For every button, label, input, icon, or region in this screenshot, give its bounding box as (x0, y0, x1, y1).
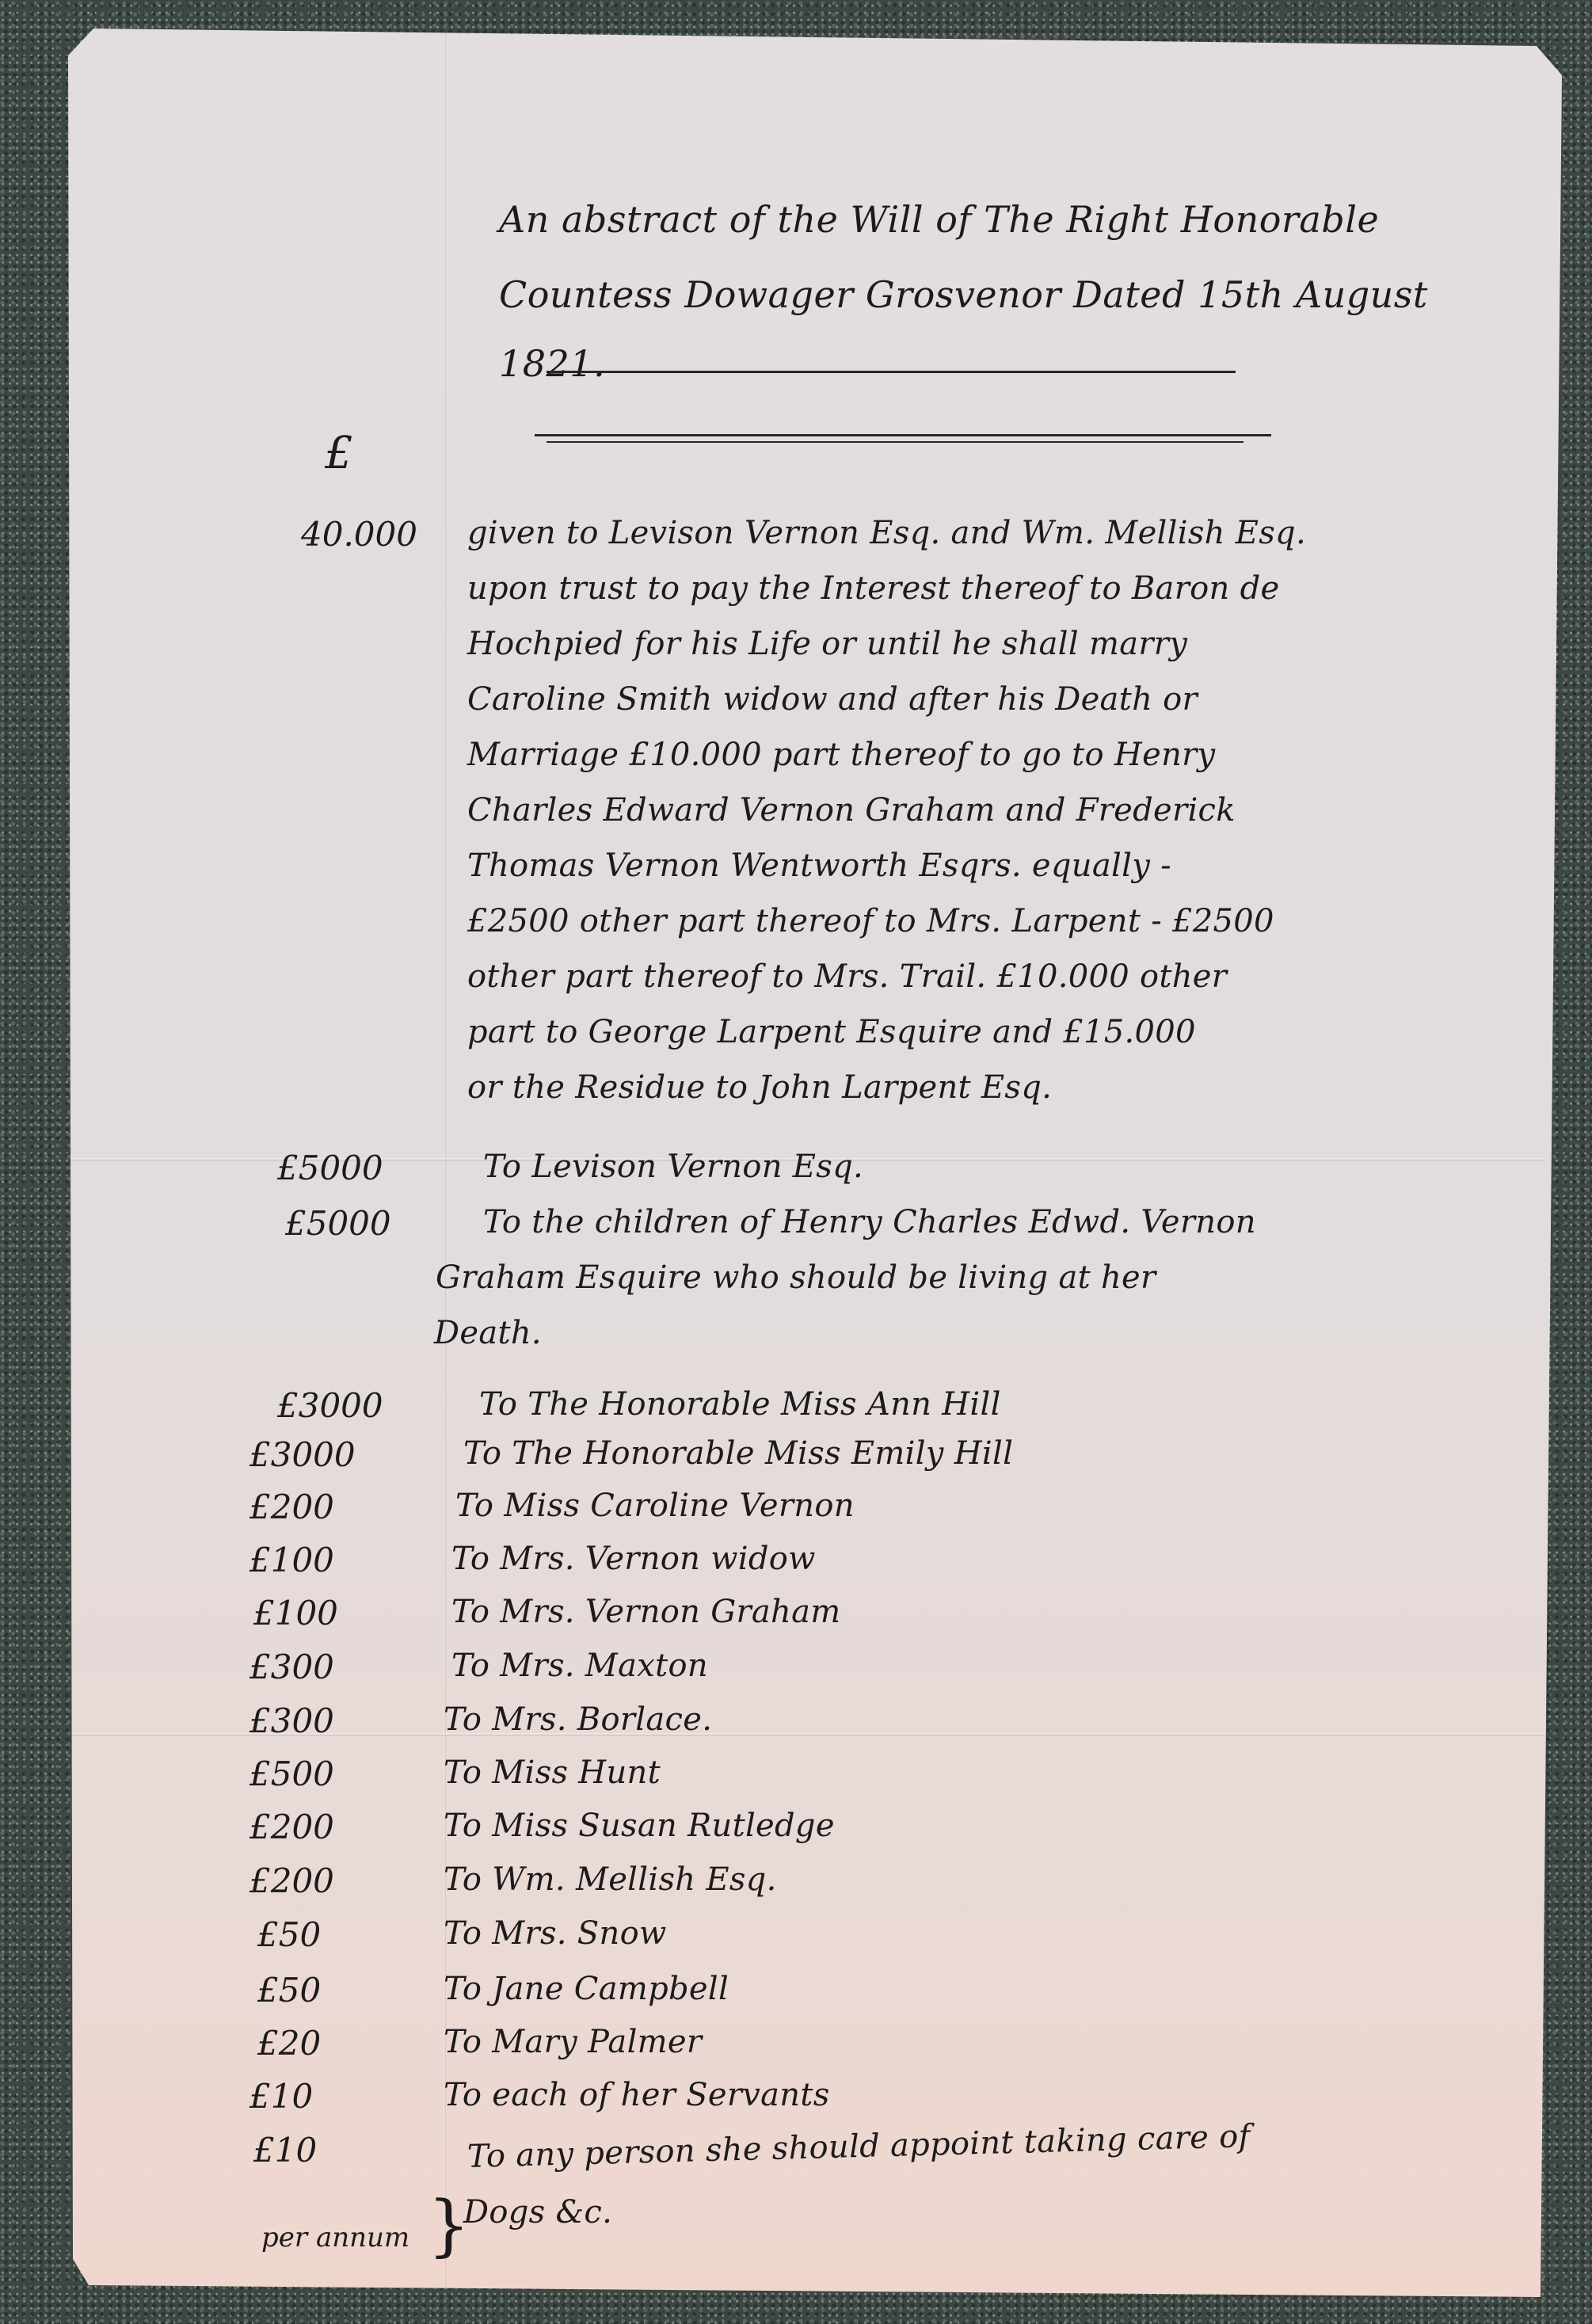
first-bequest-line: Hochpied for his Life or until he shall … (467, 626, 1187, 662)
first-bequest-line: Charles Edward Vernon Graham and Frederi… (467, 792, 1236, 829)
title-line-1: An abstract of the Will of The Right Hon… (499, 198, 1379, 241)
bequest-amount: £200 (249, 1488, 334, 1526)
first-bequest-line: Thomas Vernon Wentworth Esqrs. equally - (467, 848, 1171, 884)
bequest-amount: £100 (249, 1541, 334, 1579)
bequest-amount: £200 (249, 1808, 334, 1846)
bequest-text: To Mary Palmer (444, 2024, 702, 2060)
bequest-text: To each of her Servants (444, 2077, 830, 2113)
bequest-text: To Miss Hunt (444, 1754, 661, 1791)
bequest-amount: £5000 (277, 1149, 383, 1187)
bequest-text: To The Honorable Miss Ann Hill (479, 1386, 1001, 1423)
bequest-text: To any person she should appoint taking … (467, 2118, 1251, 2175)
bequest-text: To Mrs. Maxton (451, 1648, 708, 1684)
bequest-text: To The Honorable Miss Emily Hill (463, 1435, 1013, 1472)
title-line-3: 1821. (499, 342, 605, 385)
bequest-text: Graham Esquire who should be living at h… (436, 1259, 1156, 1296)
bequest-text: To the children of Henry Charles Edwd. V… (483, 1204, 1256, 1240)
first-bequest-line: Marriage £10.000 part thereof to go to H… (467, 737, 1215, 773)
title-underline (547, 371, 1236, 373)
bequest-amount: £100 (253, 1594, 338, 1633)
amount-first: 40.000 (301, 515, 417, 554)
fold-crease-vertical (444, 32, 446, 2292)
bequest-amount: £3000 (249, 1435, 356, 1474)
per-annum-note: per annum (261, 2222, 409, 2254)
document-paper: An abstract of the Will of The Right Hon… (0, 0, 1592, 2324)
bequest-text: To Wm. Mellish Esq. (444, 1861, 777, 1898)
first-bequest-line: other part thereof to Mrs. Trail. £10.00… (467, 958, 1227, 995)
first-bequest-line: given to Levison Vernon Esq. and Wm. Mel… (467, 515, 1306, 551)
first-bequest-line: or the Residue to John Larpent Esq. (467, 1069, 1052, 1106)
first-bequest-line: Caroline Smith widow and after his Death… (467, 681, 1198, 718)
first-bequest-line: upon trust to pay the Interest thereof t… (467, 570, 1279, 607)
bequest-amount: £300 (249, 1701, 334, 1740)
currency-column-header: £ (325, 428, 353, 479)
bequest-amount: £200 (249, 1861, 334, 1900)
bequest-amount: £50 (257, 1915, 321, 1954)
bequest-text: To Miss Susan Rutledge (444, 1808, 835, 1844)
bequest-amount: £5000 (285, 1204, 391, 1243)
first-bequest-line: part to George Larpent Esquire and £15.0… (467, 1014, 1196, 1050)
bequest-text: To Mrs. Vernon Graham (451, 1594, 841, 1630)
bequest-amount: £3000 (277, 1386, 383, 1425)
bequest-amount: £10 (253, 2131, 317, 2170)
bequest-text: Death. (434, 1315, 542, 1351)
bequest-text: To Mrs. Vernon widow (451, 1541, 816, 1577)
bequest-text: To Mrs. Snow (444, 1915, 667, 1952)
first-bequest-line: £2500 other part thereof to Mrs. Larpent… (467, 903, 1274, 939)
bequest-text: Dogs &c. (463, 2194, 612, 2231)
bequest-amount: £50 (257, 1971, 321, 2010)
separator-rule-1 (535, 434, 1271, 436)
bequest-text: To Jane Campbell (444, 1971, 729, 2007)
bequest-text: To Miss Caroline Vernon (455, 1488, 855, 1524)
bequest-amount: £300 (249, 1648, 334, 1686)
bequest-text: To Mrs. Borlace. (444, 1701, 712, 1738)
title-line-2: Countess Dowager Grosvenor Dated 15th Au… (499, 273, 1428, 316)
bequest-amount: £500 (249, 1754, 334, 1793)
bequest-text: To Levison Vernon Esq. (483, 1149, 863, 1185)
bequest-amount: £10 (249, 2077, 313, 2116)
bequest-amount: £20 (257, 2024, 321, 2063)
separator-rule-2 (547, 441, 1244, 443)
